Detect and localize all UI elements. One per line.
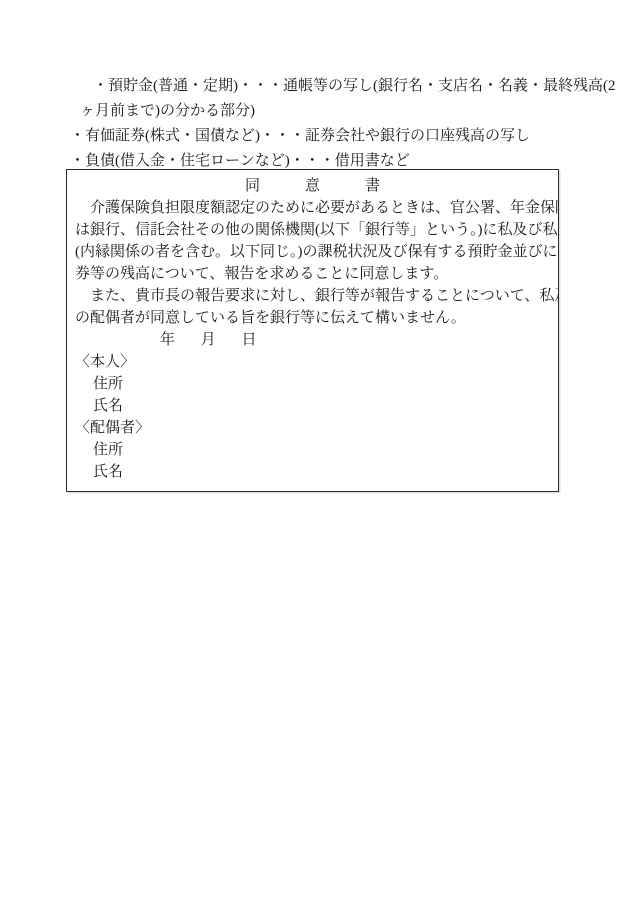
day-label: 日 — [242, 329, 257, 351]
month-label: 月 — [201, 329, 216, 351]
consent-title: 同 意 書 — [75, 175, 550, 197]
consent-paragraph1-line3: (内縁関係の者を含む。以下同じ。)の課税状況及び保有する預貯金並びに有価証 — [75, 241, 550, 263]
consent-paragraph2-line2: の配偶者が同意している旨を銀行等に伝えて構いません。 — [75, 307, 550, 329]
consent-paragraph1-line4: 券等の残高について、報告を求めることに同意します。 — [75, 263, 550, 285]
bullet-deposit: ・預貯金(普通・定期)・・・通帳等の写し(銀行名・支店名・名義・最終残高(2 — [93, 74, 615, 99]
consent-paragraph2-line1: また、貴市長の報告要求に対し、銀行等が報告することについて、私及び私 — [75, 285, 550, 307]
spouse-name-label: 氏名 — [75, 461, 550, 483]
self-name-label: 氏名 — [75, 395, 550, 417]
spouse-address-label: 住所 — [75, 439, 550, 461]
consent-paragraph1-line2: は銀行、信託会社その他の関係機関(以下「銀行等」という。)に私及び私の配偶者 — [75, 219, 550, 241]
consent-paragraph1-line1: 介護保険負担限度額認定のために必要があるときは、官公署、年金保険者又 — [75, 197, 550, 219]
attachment-list: ・預貯金(普通・定期)・・・通帳等の写し(銀行名・支店名・名義・最終残高(2 ヶ… — [70, 74, 615, 174]
bullet-securities: ・有価証券(株式・国債など)・・・証券会社や銀行の口座残高の写し — [70, 124, 615, 149]
bullet-deposit-wrap: ヶ月前まで)の分かる部分) — [80, 99, 615, 124]
year-label: 年 — [160, 329, 175, 351]
signatory-spouse-label: 〈配偶者〉 — [75, 417, 550, 439]
consent-box: 同 意 書 介護保険負担限度額認定のために必要があるときは、官公署、年金保険者又… — [66, 169, 559, 492]
signatory-self-label: 〈本人〉 — [75, 351, 550, 373]
document-page: ・預貯金(普通・定期)・・・通帳等の写し(銀行名・支店名・名義・最終残高(2 ヶ… — [0, 0, 630, 903]
self-address-label: 住所 — [75, 373, 550, 395]
date-line: 年 月 日 — [75, 329, 550, 351]
